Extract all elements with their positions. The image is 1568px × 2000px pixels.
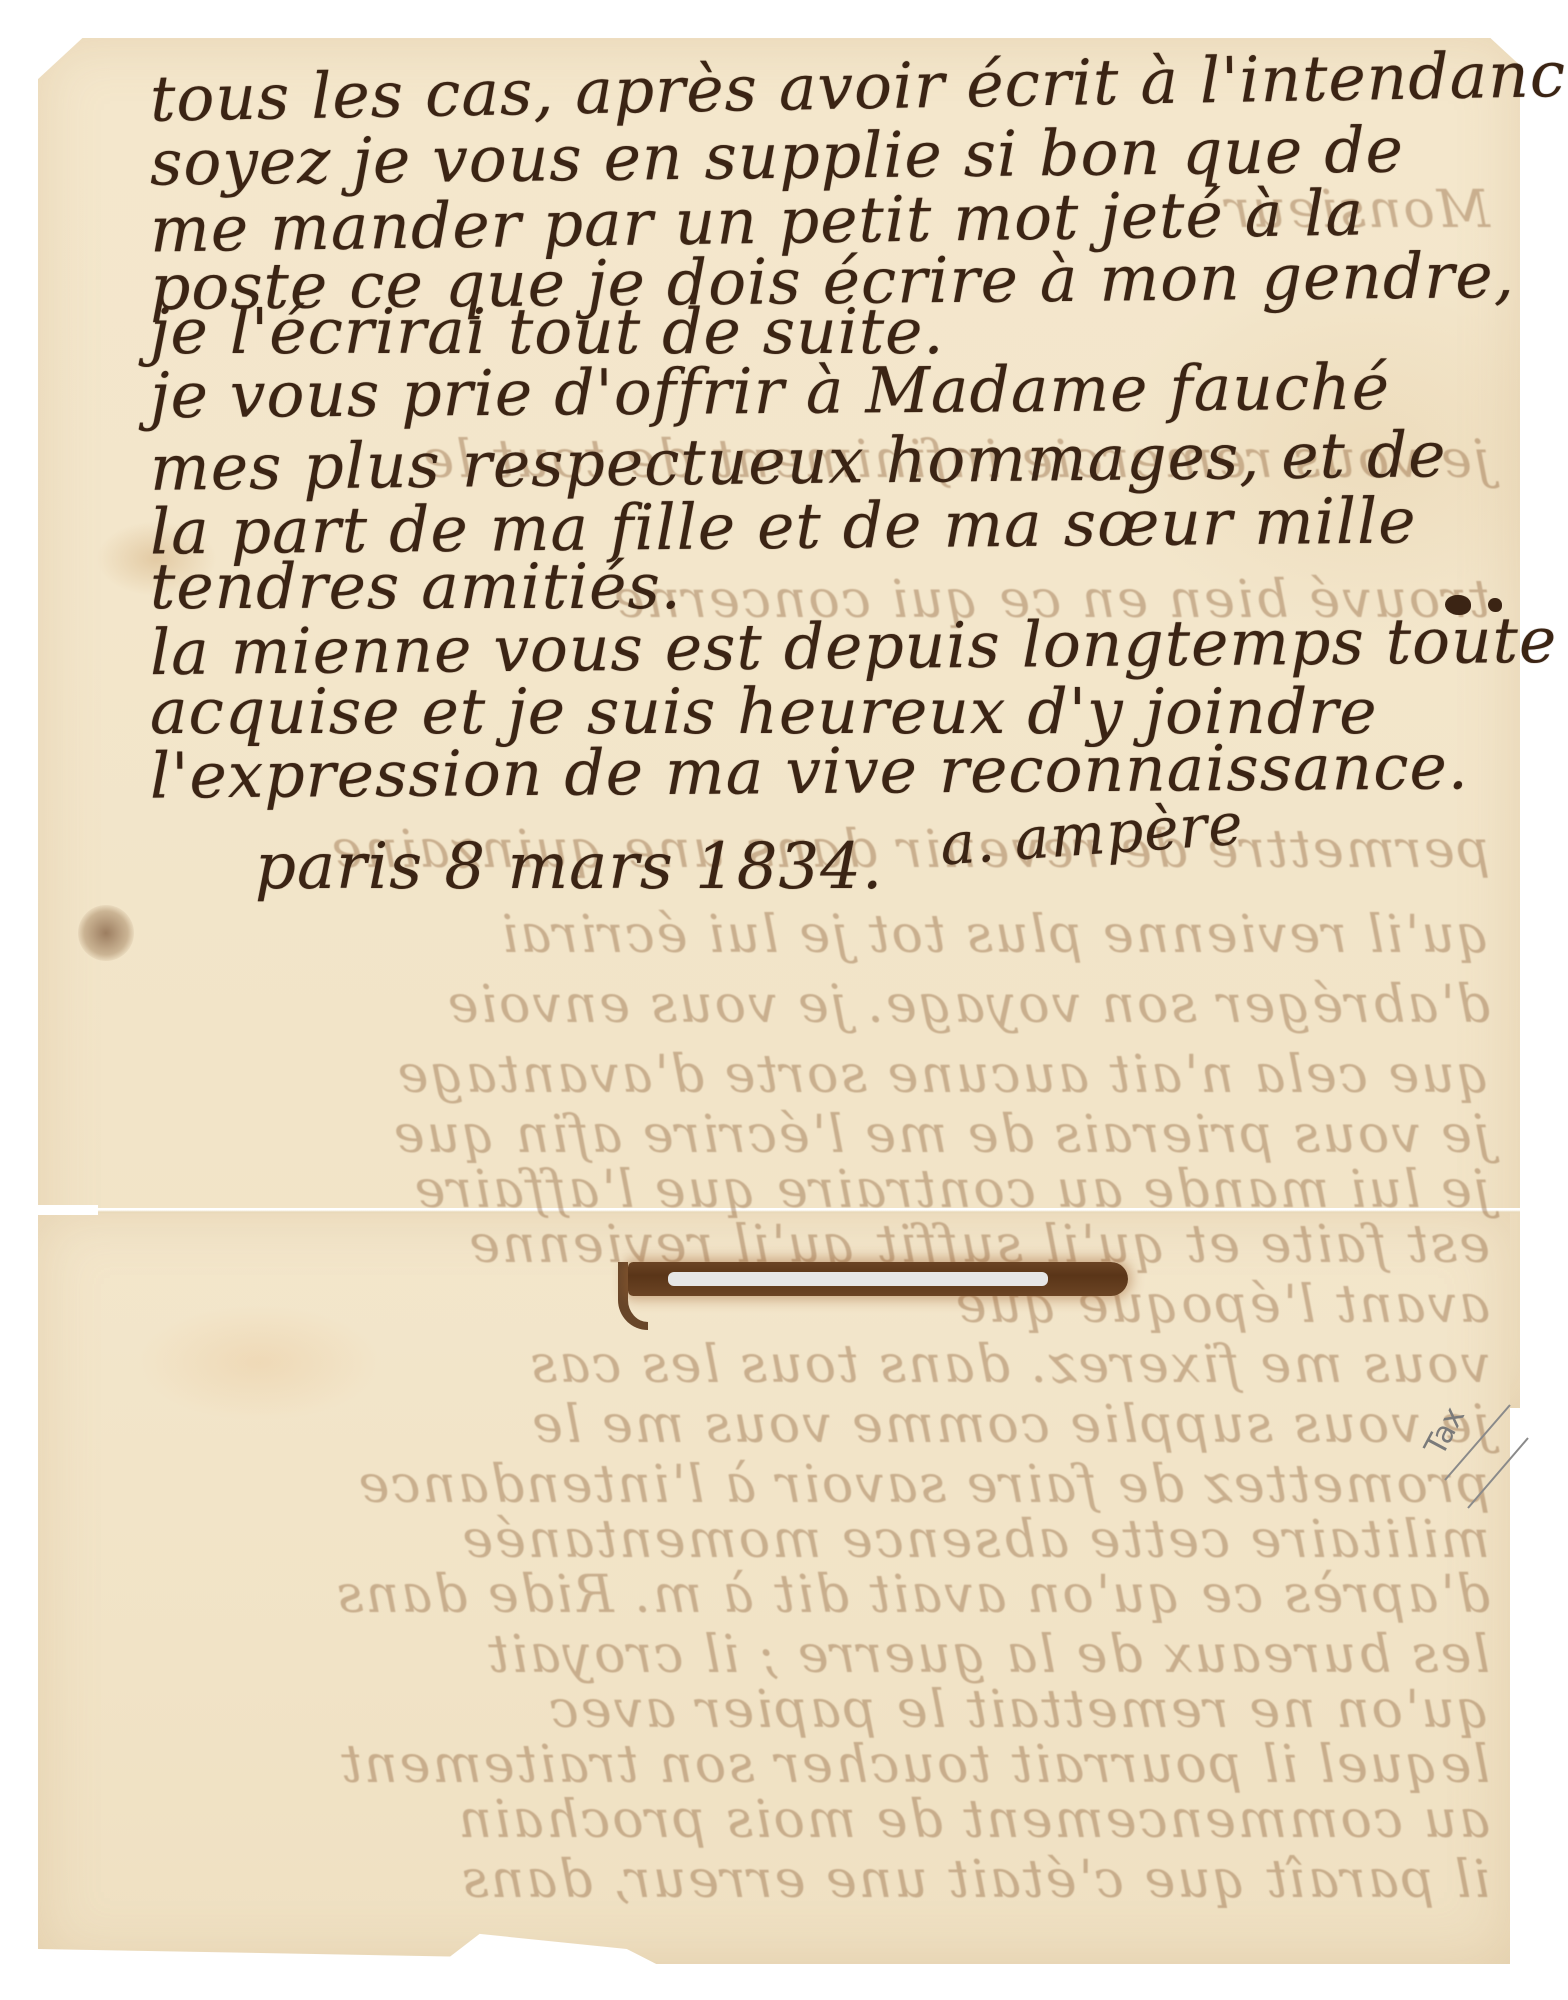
- bleed-line: vous me fixerez. dans tous les cas: [70, 1335, 1490, 1395]
- bleed-line: d'abréger son voyage. je vous envoie: [70, 975, 1490, 1035]
- letter-line: je vous prie d'offrir à Madame fauché: [150, 356, 1390, 428]
- bleed-line: je lui mande au contraire que l'affaire: [70, 1160, 1490, 1220]
- letter-line: je l'écrirai tout de suite.: [150, 300, 944, 363]
- bleed-line: promettez de faire savoir à l'intendance: [70, 1455, 1490, 1515]
- bleed-line: il paraît que c'était une erreur, dans: [70, 1850, 1490, 1910]
- ink-blot: [1488, 598, 1502, 612]
- bleed-line: militaire cette absence momentanée: [70, 1510, 1490, 1570]
- ink-blot: [1445, 595, 1471, 615]
- bleed-line: je vous supplie comme vous me le: [70, 1395, 1490, 1455]
- letter-line: la mienne vous est depuis longtemps tout…: [150, 609, 1558, 684]
- bleed-line: les bureaux de la guerre ; il croyait: [70, 1625, 1490, 1685]
- ink-smudge: [78, 905, 134, 961]
- letter-scan: Monsieur je vous remercie infiniment de …: [0, 0, 1568, 2000]
- letter-line: l'expression de ma vive reconnaissance.: [150, 735, 1469, 807]
- letter-line: tendres amitiés.: [150, 555, 682, 618]
- bleed-line: qu'il revienne plus tot je lui écrirai: [70, 905, 1490, 965]
- bleed-line: d'après ce qu'on avait dit à m. Ride dan…: [70, 1565, 1490, 1625]
- bleed-line: je vous prierais de me l'écrire afin que: [70, 1105, 1490, 1165]
- burn-hole: [628, 1262, 1128, 1296]
- bleed-line: qu'on ne remettait le papier avec: [70, 1680, 1490, 1740]
- bleed-line: lequel il pourrait toucher son traitemen…: [70, 1735, 1490, 1795]
- bleed-line: au commencement de mois prochain: [70, 1790, 1490, 1850]
- date-line: paris 8 mars 1834.: [255, 835, 883, 899]
- bleed-line: que cela n'ait aucune sorte d'avantage: [70, 1045, 1490, 1105]
